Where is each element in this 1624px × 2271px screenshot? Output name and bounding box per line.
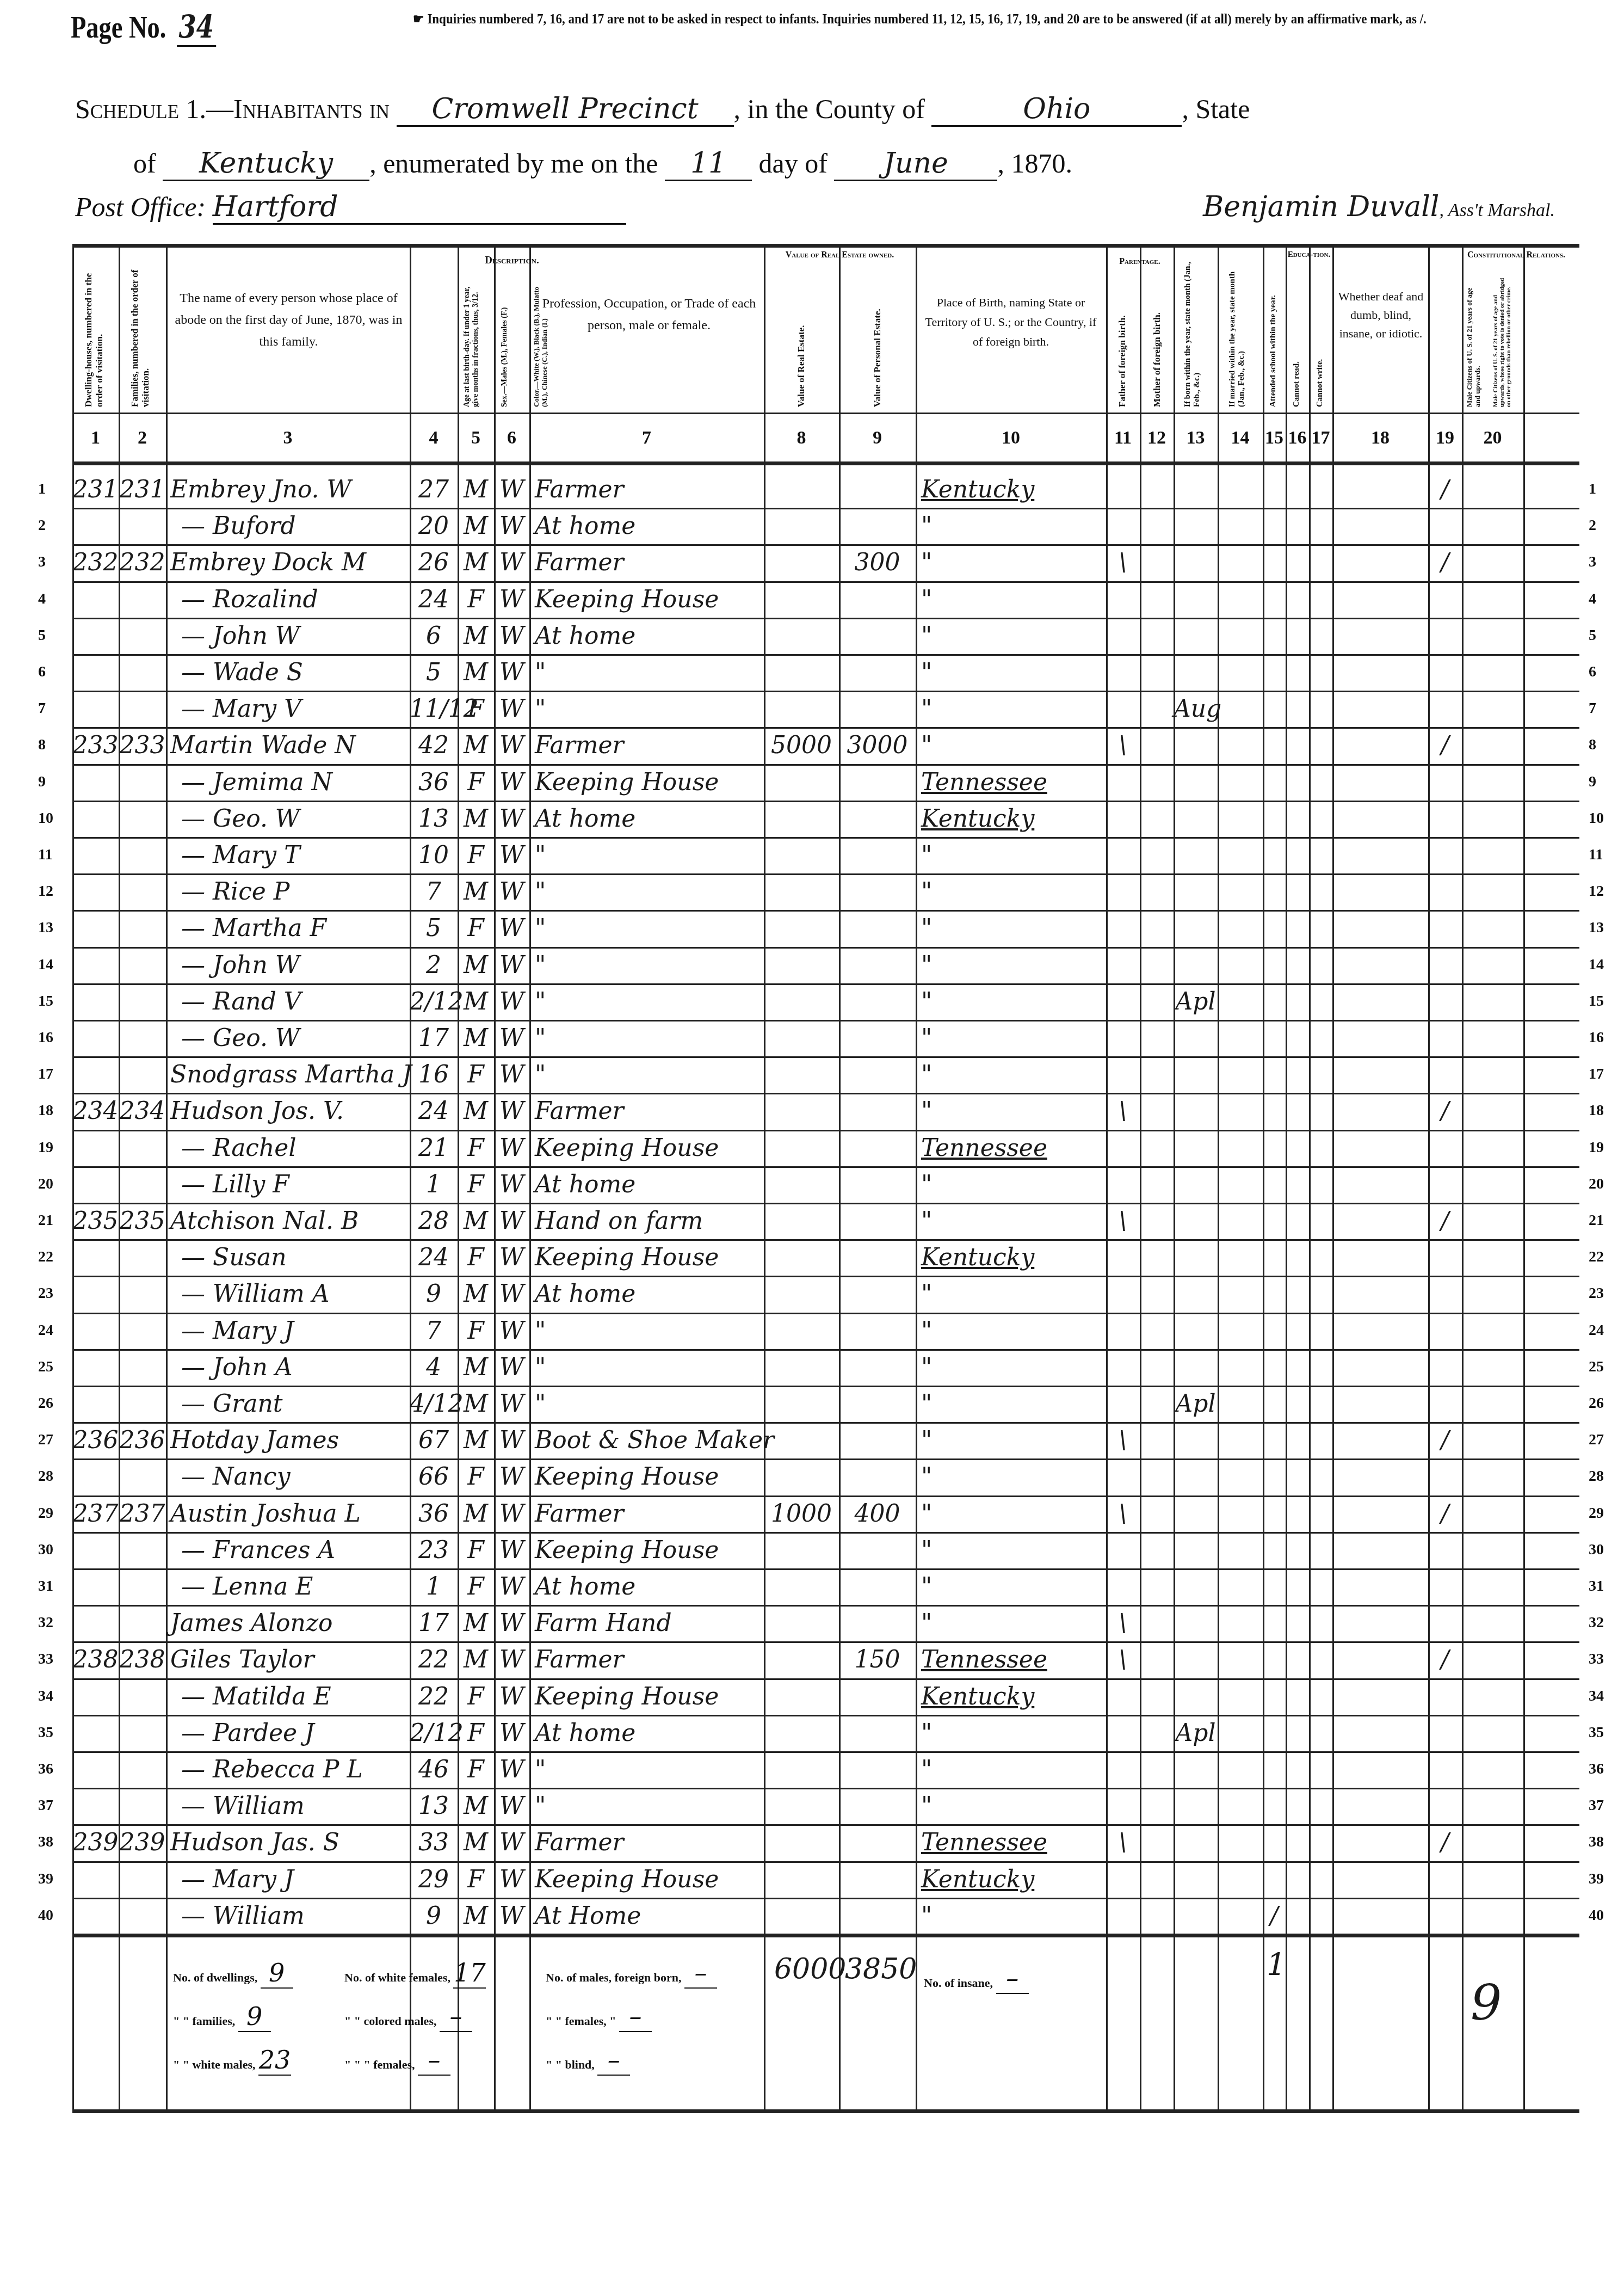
- sex: F: [458, 1465, 494, 1489]
- line-number: 25: [38, 1358, 53, 1376]
- line-number: 28: [38, 1468, 53, 1485]
- person-name: — John A: [170, 1356, 421, 1380]
- table-row: 231231Embrey Jno. W27MWFarmerKentucky/: [72, 478, 1579, 502]
- group-description: Description.: [458, 255, 566, 267]
- age: 27: [410, 478, 458, 502]
- birthplace: Kentucky: [921, 478, 1101, 502]
- column-number: 7: [529, 428, 764, 448]
- birthplace: ": [921, 1794, 1101, 1818]
- row-rule: [72, 1458, 1579, 1460]
- person-name: Hotday James: [170, 1429, 410, 1453]
- line-number: 26: [38, 1395, 53, 1412]
- summary-real-estate-total: 6000: [774, 1953, 846, 1985]
- line-number: 2: [38, 517, 46, 534]
- occupation: Keeping House: [535, 1685, 763, 1709]
- line-number: 17: [38, 1066, 53, 1083]
- color: W: [494, 1868, 529, 1892]
- color: W: [494, 514, 529, 538]
- column-number: 20: [1462, 428, 1523, 448]
- occupation: Keeping House: [535, 1868, 763, 1892]
- row-rule: [72, 508, 1579, 509]
- color: W: [494, 1575, 529, 1599]
- person-name: — Mary V: [170, 697, 421, 721]
- summary-bottom-rule: [72, 2109, 1579, 2113]
- marshal-label: , Ass't Marshal.: [1439, 200, 1555, 220]
- col-cannot-write-header: Cannot write.: [1314, 325, 1325, 407]
- citizen-mark: /: [1428, 1209, 1462, 1233]
- line-number: 40: [38, 1907, 53, 1924]
- sex: F: [458, 697, 494, 721]
- color: W: [494, 1209, 529, 1233]
- occupation: ": [535, 953, 763, 977]
- birthplace: Tennessee: [921, 771, 1101, 795]
- person-name: Giles Taylor: [170, 1648, 410, 1672]
- real-estate-value: 1000: [764, 1502, 839, 1526]
- column-number: 2: [119, 428, 166, 448]
- citizen-mark: /: [1428, 1831, 1462, 1855]
- birth-month: Apl: [1174, 990, 1218, 1014]
- col-age-header: Age at last birth-day. If under 1 year, …: [463, 276, 480, 407]
- age: 6: [410, 624, 458, 648]
- age: 17: [410, 1611, 458, 1635]
- person-name: — John W: [170, 953, 421, 977]
- person-name: — Pardee J: [170, 1721, 421, 1745]
- line-number: 15: [38, 993, 53, 1010]
- line-number: 24: [1589, 1322, 1604, 1339]
- age: 1: [410, 1173, 458, 1197]
- occupation: At home: [535, 514, 763, 538]
- color: W: [494, 1356, 529, 1380]
- birthplace: ": [921, 953, 1101, 977]
- sex: M: [458, 1648, 494, 1672]
- group-real-estate: Value of Real Estate owned.: [764, 250, 916, 260]
- table-row: — Nancy66FWKeeping House": [72, 1465, 1579, 1489]
- person-name: — Nancy: [170, 1465, 421, 1489]
- age: 20: [410, 514, 458, 538]
- person-name: Snodgrass Martha J: [170, 1063, 410, 1087]
- person-name: — Matilda E: [170, 1685, 421, 1709]
- line-number: 19: [38, 1139, 53, 1156]
- citizen-mark: /: [1428, 1502, 1462, 1526]
- line-number: 23: [38, 1285, 53, 1302]
- family-number: 235: [119, 1209, 166, 1233]
- color: W: [494, 734, 529, 758]
- citizen-mark: /: [1428, 1648, 1462, 1672]
- sex: M: [458, 1356, 494, 1380]
- birthplace: ": [921, 1611, 1101, 1635]
- line-number: 14: [38, 956, 53, 974]
- person-name: — Wade S: [170, 661, 421, 685]
- summary-blind: " " blind, –: [546, 2045, 630, 2076]
- row-rule: [72, 727, 1579, 729]
- person-name: — Mary T: [170, 844, 421, 867]
- line-number: 2: [1589, 517, 1596, 534]
- age: 9: [410, 1282, 458, 1306]
- real-estate-value: 5000: [764, 734, 839, 758]
- table-row: — Rozalind24FWKeeping House": [72, 588, 1579, 612]
- of-label: of: [133, 148, 156, 179]
- row-rule: [72, 983, 1579, 985]
- line-number: 30: [38, 1541, 53, 1559]
- line-number: 38: [38, 1833, 53, 1851]
- birthplace: Tennessee: [921, 1136, 1101, 1160]
- family-number: 236: [119, 1429, 166, 1453]
- birthplace: Kentucky: [921, 1246, 1101, 1270]
- age: 4/12: [410, 1392, 458, 1416]
- line-number: 14: [1589, 956, 1604, 974]
- table-row: — Lenna E1FWAt home": [72, 1575, 1579, 1599]
- sex: F: [458, 1246, 494, 1270]
- table-row: — Susan24FWKeeping HouseKentucky: [72, 1246, 1579, 1270]
- group-parentage: Parentage.: [1106, 257, 1174, 267]
- occupation: ": [535, 1392, 763, 1416]
- color: W: [494, 1136, 529, 1160]
- column-number-rule: [72, 461, 1579, 465]
- age: 1: [410, 1575, 458, 1599]
- person-name: — Frances A: [170, 1538, 421, 1562]
- column-number: 14: [1218, 428, 1263, 448]
- enumeration-line: of Kentucky, enumerated by me on the 11 …: [133, 147, 1072, 181]
- person-name: Atchison Nal. B: [170, 1209, 410, 1233]
- post-office-field: Hartford: [213, 190, 626, 225]
- line-number: 32: [38, 1614, 53, 1632]
- line-number: 26: [1589, 1395, 1604, 1412]
- dwelling-number: 239: [72, 1831, 119, 1855]
- col-family-header: Families, numbered in the order of visit…: [129, 266, 151, 407]
- col-born-month-header: If born within the year, state month (Ja…: [1183, 260, 1202, 407]
- birthplace: ": [921, 1904, 1101, 1928]
- row-rule: [72, 1532, 1579, 1534]
- column-number: 13: [1174, 428, 1218, 448]
- sex: M: [458, 1831, 494, 1855]
- dwelling-number: 232: [72, 551, 119, 575]
- father-foreign-mark: \: [1106, 1648, 1140, 1672]
- line-number: 1: [1589, 481, 1596, 498]
- row-rule: [72, 1276, 1579, 1277]
- table-row: — Matilda E22FWKeeping HouseKentucky: [72, 1685, 1579, 1709]
- dwelling-number: 233: [72, 734, 119, 758]
- sex: M: [458, 880, 494, 904]
- color: W: [494, 1685, 529, 1709]
- age: 13: [410, 807, 458, 831]
- person-name: Martin Wade N: [170, 734, 410, 758]
- line-number: 25: [1589, 1358, 1604, 1376]
- birthplace: ": [921, 734, 1101, 758]
- row-rule: [72, 910, 1579, 912]
- birthplace: ": [921, 1465, 1101, 1489]
- person-name: — Geo. W: [170, 807, 421, 831]
- birthplace: ": [921, 916, 1101, 940]
- color: W: [494, 771, 529, 795]
- line-number: 6: [1589, 663, 1596, 681]
- sex: M: [458, 1794, 494, 1818]
- family-number: 238: [119, 1648, 166, 1672]
- column-number: 6: [494, 428, 529, 448]
- summary-white-males: " " white males, 23: [173, 2045, 291, 2076]
- color: W: [494, 1282, 529, 1306]
- table-row: James Alonzo17MWFarm Hand"\: [72, 1611, 1579, 1635]
- line-number: 20: [1589, 1175, 1604, 1193]
- line-number: 21: [38, 1212, 53, 1229]
- age: 24: [410, 1246, 458, 1270]
- person-name: — Buford: [170, 514, 421, 538]
- col-dwelling-header: Dwelling-houses, numbered in the order o…: [83, 266, 105, 407]
- birthplace: ": [921, 1063, 1101, 1087]
- row-rule: [72, 1313, 1579, 1314]
- birthplace: ": [921, 1758, 1101, 1782]
- instructions-notice: ☛ Inquiries numbered 7, 16, and 17 are n…: [359, 11, 1480, 28]
- dwelling-number: 231: [72, 478, 119, 502]
- sex: M: [458, 1209, 494, 1233]
- line-number: 17: [1589, 1066, 1604, 1083]
- age: 22: [410, 1685, 458, 1709]
- line-number: 3: [1589, 553, 1596, 571]
- person-name: — Lilly F: [170, 1173, 421, 1197]
- age: 28: [410, 1209, 458, 1233]
- sex: M: [458, 514, 494, 538]
- occupation: At Home: [535, 1904, 763, 1928]
- column-number: 11: [1106, 428, 1140, 448]
- table-row: 237237Austin Joshua L36MWFarmer1000400"\…: [72, 1502, 1579, 1526]
- age: 66: [410, 1465, 458, 1489]
- color: W: [494, 661, 529, 685]
- person-name: — William: [170, 1904, 421, 1928]
- age: 24: [410, 588, 458, 612]
- table-row: — John W2MW"": [72, 953, 1579, 977]
- occupation: ": [535, 697, 763, 721]
- sex: M: [458, 661, 494, 685]
- post-office-line: Post Office: Hartford Benjamin Duvall, A…: [75, 190, 1566, 225]
- table-row: — Frances A23FWKeeping House": [72, 1538, 1579, 1562]
- day-field: 11: [665, 147, 752, 181]
- person-name: Hudson Jos. V.: [170, 1099, 410, 1123]
- col-citizen-header: Male Citizens of U. S. of 21 years of ag…: [1465, 276, 1481, 407]
- line-number: 10: [38, 810, 53, 827]
- line-number: 34: [1589, 1688, 1604, 1705]
- line-number: 5: [1589, 627, 1596, 644]
- sex: F: [458, 1868, 494, 1892]
- sex: F: [458, 1173, 494, 1197]
- birth-month: Apl: [1174, 1392, 1218, 1416]
- occupation: ": [535, 880, 763, 904]
- age: 26: [410, 551, 458, 575]
- column-number: 1: [72, 428, 119, 448]
- state-label: , State: [1182, 94, 1250, 124]
- table-row: — Mary J7FW"": [72, 1319, 1579, 1343]
- column-number: 4: [410, 428, 458, 448]
- color: W: [494, 807, 529, 831]
- column-number: 10: [916, 428, 1106, 448]
- line-number: 33: [38, 1651, 53, 1668]
- table-row: — John A4MW"": [72, 1356, 1579, 1380]
- line-number: 8: [38, 736, 46, 754]
- occupation: Farmer: [535, 1502, 763, 1526]
- line-number: 9: [38, 773, 46, 791]
- birthplace: ": [921, 624, 1101, 648]
- line-number: 7: [1589, 700, 1596, 717]
- color: W: [494, 624, 529, 648]
- row-rule: [72, 1422, 1579, 1424]
- occupation: At home: [535, 1282, 763, 1306]
- page-number: Page No. 34: [71, 8, 216, 47]
- row-rule: [72, 1056, 1579, 1058]
- occupation: Keeping House: [535, 771, 763, 795]
- col-real-estate-header: Value of Real Estate.: [796, 298, 807, 407]
- family-number: 239: [119, 1831, 166, 1855]
- occupation: Farmer: [535, 1648, 763, 1672]
- line-number: 28: [1589, 1468, 1604, 1485]
- line-number: 29: [1589, 1505, 1604, 1522]
- occupation: Farmer: [535, 1099, 763, 1123]
- person-name: Embrey Jno. W: [170, 478, 410, 502]
- age: 9: [410, 1904, 458, 1928]
- family-number: 231: [119, 478, 166, 502]
- line-number: 7: [38, 700, 46, 717]
- row-rule: [72, 1093, 1579, 1094]
- age: 22: [410, 1648, 458, 1672]
- sex: M: [458, 1429, 494, 1453]
- birthplace: ": [921, 551, 1101, 575]
- table-row: 239239Hudson Jas. S33MWFarmerTennessee\/: [72, 1831, 1579, 1855]
- birthplace: ": [921, 1282, 1101, 1306]
- row-rule: [72, 1203, 1579, 1204]
- table-row: — Martha F5FW"": [72, 916, 1579, 940]
- color: W: [494, 1099, 529, 1123]
- dwelling-number: 236: [72, 1429, 119, 1453]
- line-number: 11: [38, 846, 52, 864]
- line-number: 1: [38, 481, 46, 498]
- line-number: 31: [1589, 1578, 1604, 1595]
- column-number: 3: [166, 428, 410, 448]
- person-name: Austin Joshua L: [170, 1502, 410, 1526]
- line-number: 24: [38, 1322, 53, 1339]
- occupation: Farm Hand: [535, 1611, 763, 1635]
- sex: F: [458, 1538, 494, 1562]
- age: 2/12: [410, 1721, 458, 1745]
- line-number: 36: [38, 1761, 53, 1778]
- sex: M: [458, 1611, 494, 1635]
- col-birthplace-header: Place of Birth, naming State or Territor…: [921, 293, 1101, 352]
- table-row: — Lilly F1FWAt home": [72, 1173, 1579, 1197]
- table-row: 236236Hotday James67MWBoot & Shoe Maker"…: [72, 1429, 1579, 1453]
- citizen-mark: /: [1428, 734, 1462, 758]
- family-number: 237: [119, 1502, 166, 1526]
- row-rule: [72, 581, 1579, 583]
- occupation: Farmer: [535, 734, 763, 758]
- occupation: Hand on farm: [535, 1209, 763, 1233]
- occupation: Keeping House: [535, 1136, 763, 1160]
- birth-month: Aug: [1174, 697, 1218, 721]
- post-office-label: Post Office:: [75, 192, 206, 222]
- line-number: 36: [1589, 1761, 1604, 1778]
- person-name: — Martha F: [170, 916, 421, 940]
- color: W: [494, 1063, 529, 1087]
- row-rule: [72, 691, 1579, 692]
- birthplace: Tennessee: [921, 1831, 1101, 1855]
- summary-colored-females: " " " females, –: [344, 2045, 450, 2076]
- table-row: — Mary J29FWKeeping HouseKentucky: [72, 1868, 1579, 1892]
- occupation: ": [535, 916, 763, 940]
- birthplace: Kentucky: [921, 807, 1101, 831]
- line-number: 40: [1589, 1907, 1604, 1924]
- birthplace: ": [921, 1575, 1101, 1599]
- birthplace: ": [921, 990, 1101, 1014]
- color: W: [494, 1904, 529, 1928]
- row-rule: [72, 801, 1579, 802]
- line-number: 4: [1589, 590, 1596, 608]
- line-number: 11: [1589, 846, 1603, 864]
- table-row: Snodgrass Martha J16FW"": [72, 1063, 1579, 1087]
- occupation: Keeping House: [535, 1465, 763, 1489]
- occupation: ": [535, 1758, 763, 1782]
- group-constitutional: Constitutional Relations.: [1462, 250, 1571, 260]
- occupation: Keeping House: [535, 1246, 763, 1270]
- age: 7: [410, 880, 458, 904]
- line-number: 12: [1589, 883, 1604, 900]
- table-row: — Jemima N36FWKeeping HouseTennessee: [72, 771, 1579, 795]
- father-foreign-mark: \: [1106, 1209, 1140, 1233]
- sex: M: [458, 1392, 494, 1416]
- table-top-rule: [72, 244, 1579, 248]
- occupation: At home: [535, 624, 763, 648]
- color: W: [494, 1026, 529, 1050]
- column-number: 18: [1332, 428, 1428, 448]
- age: 29: [410, 1868, 458, 1892]
- row-rule: [72, 1495, 1579, 1497]
- line-number: 29: [38, 1505, 53, 1522]
- color: W: [494, 478, 529, 502]
- sex: F: [458, 1758, 494, 1782]
- row-rule: [72, 1568, 1579, 1570]
- row-rule: [72, 1349, 1579, 1351]
- sex: F: [458, 916, 494, 940]
- line-number: 39: [1589, 1870, 1604, 1888]
- line-number: 16: [38, 1029, 53, 1047]
- column-number: 12: [1140, 428, 1174, 448]
- table-row: 238238Giles Taylor22MWFarmer150Tennessee…: [72, 1648, 1579, 1672]
- sex: F: [458, 1685, 494, 1709]
- color: W: [494, 1173, 529, 1197]
- birthplace: Tennessee: [921, 1648, 1101, 1672]
- row-rule: [72, 1386, 1579, 1387]
- birthplace: ": [921, 1209, 1101, 1233]
- age: 16: [410, 1063, 458, 1087]
- color: W: [494, 1465, 529, 1489]
- summary-males-foreign: No. of males, foreign born, –: [546, 1958, 717, 1989]
- person-name: — Rebecca P L: [170, 1758, 421, 1782]
- sex: F: [458, 1721, 494, 1745]
- person-name: — Rice P: [170, 880, 421, 904]
- age: 11/12: [410, 697, 458, 721]
- line-number: 37: [1589, 1797, 1604, 1814]
- occupation: ": [535, 844, 763, 867]
- color: W: [494, 880, 529, 904]
- birthplace: ": [921, 844, 1101, 867]
- dwelling-number: 234: [72, 1099, 119, 1123]
- line-number: 32: [1589, 1614, 1604, 1632]
- sex: F: [458, 1136, 494, 1160]
- person-name: — Rozalind: [170, 588, 421, 612]
- birth-month: Apl: [1174, 1721, 1218, 1745]
- page-number-label: Page No.: [71, 9, 166, 45]
- day-of-label: day of: [759, 148, 828, 179]
- line-number: 23: [1589, 1285, 1604, 1302]
- birthplace: ": [921, 1721, 1101, 1745]
- line-number: 37: [38, 1797, 53, 1814]
- person-name: — Jemima N: [170, 771, 421, 795]
- table-row: — Buford20MWAt home": [72, 514, 1579, 538]
- summary-citizens-total: 9: [1471, 1974, 1502, 2032]
